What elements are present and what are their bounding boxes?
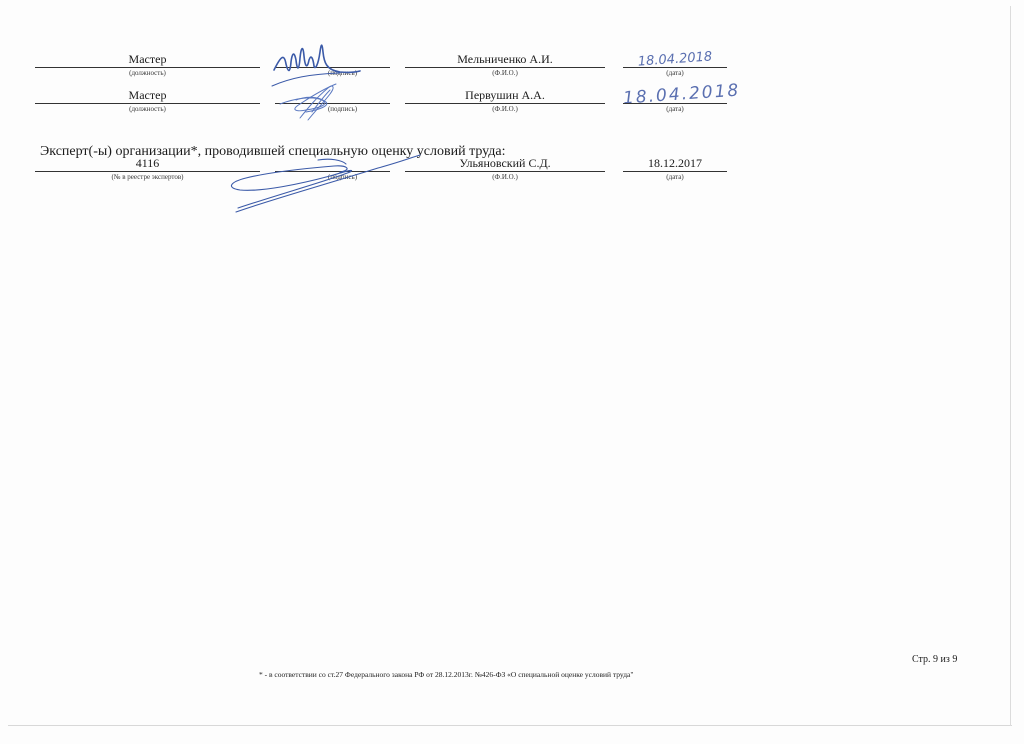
- date-caption: (дата): [623, 69, 727, 77]
- registry-number-field: 4116 (№ в реестре экспертов): [35, 154, 260, 184]
- position-caption: (должность): [35, 105, 260, 113]
- name-caption: (Ф.И.О.): [405, 173, 605, 181]
- underline: [405, 67, 605, 68]
- underline: [405, 103, 605, 104]
- signature-field: (подпись): [275, 50, 390, 80]
- date-value: 18.12.2017: [623, 157, 727, 170]
- name-caption: (Ф.И.О.): [405, 69, 605, 77]
- signature-caption: (подпись): [295, 173, 390, 181]
- position-field: Мастер (должность): [35, 86, 260, 116]
- underline: [275, 103, 390, 104]
- name-field: Ульяновский С.Д. (Ф.И.О.): [405, 154, 605, 184]
- name-field: Мельниченко А.И. (Ф.И.О.): [405, 50, 605, 80]
- position-field: Мастер (должность): [35, 50, 260, 80]
- registry-number-value: 4116: [35, 157, 260, 170]
- underline: [275, 171, 390, 172]
- position-value: Мастер: [35, 89, 260, 102]
- page-number: Стр. 9 из 9: [912, 654, 957, 665]
- date-field: 18.04.2018 (дата): [623, 86, 727, 116]
- date-caption: (дата): [623, 105, 727, 113]
- signatory-row-1: Мастер (должность) (подпись) Мельниченко…: [0, 50, 1024, 80]
- page-edge-bottom: [8, 725, 1012, 726]
- date-field: 18.04.2018 (дата): [623, 50, 727, 80]
- position-caption: (должность): [35, 69, 260, 77]
- name-value: Мельниченко А.И.: [405, 53, 605, 66]
- expert-row: 4116 (№ в реестре экспертов) (подпись) У…: [0, 154, 1024, 184]
- signature-caption: (подпись): [295, 69, 390, 77]
- underline: [35, 103, 260, 104]
- underline: [275, 67, 390, 68]
- signature-caption: (подпись): [295, 105, 390, 113]
- name-field: Первушин А.А. (Ф.И.О.): [405, 86, 605, 116]
- signature-field: (подпись): [275, 154, 390, 184]
- date-field: 18.12.2017 (дата): [623, 154, 727, 184]
- underline: [35, 171, 260, 172]
- underline: [405, 171, 605, 172]
- underline: [623, 67, 727, 68]
- name-value: Ульяновский С.Д.: [405, 157, 605, 170]
- underline: [35, 67, 260, 68]
- name-value: Первушин А.А.: [405, 89, 605, 102]
- date-caption: (дата): [623, 173, 727, 181]
- footnote: * - в соответствии со ст.27 Федерального…: [259, 670, 633, 679]
- signatory-row-2: Мастер (должность) (подпись) Первушин А.…: [0, 86, 1024, 116]
- registry-caption: (№ в реестре экспертов): [35, 173, 260, 181]
- name-caption: (Ф.И.О.): [405, 105, 605, 113]
- position-value: Мастер: [35, 53, 260, 66]
- underline: [623, 171, 727, 172]
- underline: [623, 103, 727, 104]
- signature-field: (подпись): [275, 86, 390, 116]
